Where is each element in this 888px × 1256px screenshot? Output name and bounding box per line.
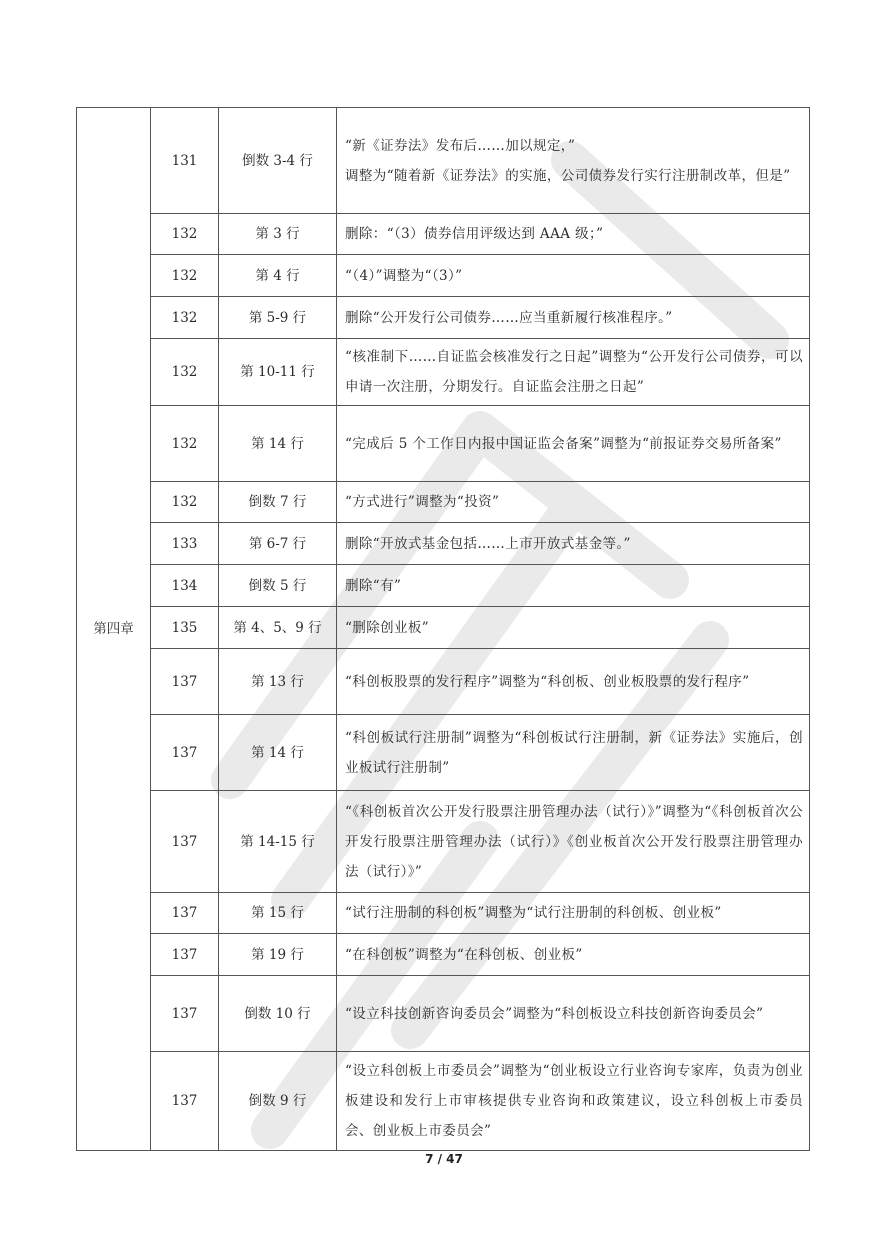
line-cell: 第 5-9 行	[219, 297, 337, 339]
description-cell: “科创板股票的发行程序”调整为“科创板、创业板股票的发行程序”	[337, 649, 810, 715]
description-cell: “方式进行”调整为“投资”	[337, 482, 810, 523]
table-row: 132第 5-9 行删除“公开发行公司债券……应当重新履行核准程序。”	[77, 297, 810, 339]
line-cell: 第 19 行	[219, 934, 337, 976]
page-cell: 132	[151, 255, 219, 297]
page-cell: 137	[151, 649, 219, 715]
description-cell: 删除“开放式基金包括……上市开放式基金等。”	[337, 523, 810, 565]
table-row: 133第 6-7 行删除“开放式基金包括……上市开放式基金等。”	[77, 523, 810, 565]
line-cell: 倒数 3-4 行	[219, 108, 337, 214]
page-cell: 137	[151, 715, 219, 791]
table-row: 132第 4 行“（4）”调整为“（3）”	[77, 255, 810, 297]
line-cell: 第 13 行	[219, 649, 337, 715]
description-cell: “删除创业板”	[337, 607, 810, 649]
description-cell: 删除“公开发行公司债券……应当重新履行核准程序。”	[337, 297, 810, 339]
line-cell: 第 14-15 行	[219, 791, 337, 893]
description-cell: 删除：“（3）债券信用评级达到 AAA 级；”	[337, 214, 810, 255]
page-cell: 132	[151, 214, 219, 255]
description-cell: “核准制下……自证监会核准发行之日起”调整为“公开发行公司债券，可以申请一次注册…	[337, 339, 810, 406]
description-cell: “设立科技创新咨询委员会”调整为“科创板设立科技创新咨询委员会”	[337, 976, 810, 1052]
line-cell: 倒数 7 行	[219, 482, 337, 523]
line-cell: 第 14 行	[219, 715, 337, 791]
table-row: 134倒数 5 行删除“有”	[77, 565, 810, 607]
table-row: 137倒数 10 行“设立科技创新咨询委员会”调整为“科创板设立科技创新咨询委员…	[77, 976, 810, 1052]
line-cell: 第 6-7 行	[219, 523, 337, 565]
line-cell: 第 4、5、9 行	[219, 607, 337, 649]
description-cell: “完成后 5 个工作日内报中国证监会备案”调整为“前报证券交易所备案”	[337, 406, 810, 482]
line-cell: 第 10-11 行	[219, 339, 337, 406]
table-row: 137第 15 行“试行注册制的科创板”调整为“试行注册制的科创板、创业板”	[77, 893, 810, 934]
page-cell: 133	[151, 523, 219, 565]
description-cell: 删除“有”	[337, 565, 810, 607]
description-cell: “在科创板”调整为“在科创板、创业板”	[337, 934, 810, 976]
table-row: 137第 13 行“科创板股票的发行程序”调整为“科创板、创业板股票的发行程序”	[77, 649, 810, 715]
line-cell: 倒数 10 行	[219, 976, 337, 1052]
page-cell: 137	[151, 976, 219, 1052]
table-row: 137第 14-15 行“《科创板首次公开发行股票注册管理办法（试行）》”调整为…	[77, 791, 810, 893]
description-cell: “《科创板首次公开发行股票注册管理办法（试行）》”调整为“《科创板首次公开发行股…	[337, 791, 810, 893]
description-cell: “设立科创板上市委员会”调整为“创业板设立行业咨询专家库，负责为创业板建设和发行…	[337, 1052, 810, 1151]
page-cell: 134	[151, 565, 219, 607]
page-cell: 137	[151, 1052, 219, 1151]
line-cell: 第 3 行	[219, 214, 337, 255]
page-cell: 131	[151, 108, 219, 214]
revision-table: 第四章131倒数 3-4 行“新《证券法》发布后……加以规定，” 调整为“随着新…	[76, 107, 810, 1151]
chapter-cell: 第四章	[77, 108, 151, 1151]
table-row: 132第 14 行“完成后 5 个工作日内报中国证监会备案”调整为“前报证券交易…	[77, 406, 810, 482]
page-cell: 132	[151, 482, 219, 523]
page-cell: 137	[151, 893, 219, 934]
line-cell: 第 15 行	[219, 893, 337, 934]
table-row: 132第 3 行删除：“（3）债券信用评级达到 AAA 级；”	[77, 214, 810, 255]
description-cell: “试行注册制的科创板”调整为“试行注册制的科创板、创业板”	[337, 893, 810, 934]
table-row: 135第 4、5、9 行“删除创业板”	[77, 607, 810, 649]
description-cell: “科创板试行注册制”调整为“科创板试行注册制，新《证券法》实施后，创业板试行注册…	[337, 715, 810, 791]
page-cell: 135	[151, 607, 219, 649]
page-cell: 132	[151, 339, 219, 406]
table-row: 137倒数 9 行“设立科创板上市委员会”调整为“创业板设立行业咨询专家库，负责…	[77, 1052, 810, 1151]
table-row: 137第 19 行“在科创板”调整为“在科创板、创业板”	[77, 934, 810, 976]
line-cell: 倒数 5 行	[219, 565, 337, 607]
page-cell: 137	[151, 791, 219, 893]
table-row: 137第 14 行“科创板试行注册制”调整为“科创板试行注册制，新《证券法》实施…	[77, 715, 810, 791]
page-cell: 132	[151, 297, 219, 339]
page-cell: 132	[151, 406, 219, 482]
table-row: 132倒数 7 行“方式进行”调整为“投资”	[77, 482, 810, 523]
page-cell: 137	[151, 934, 219, 976]
description-cell: “（4）”调整为“（3）”	[337, 255, 810, 297]
line-cell: 第 4 行	[219, 255, 337, 297]
table-row: 132第 10-11 行“核准制下……自证监会核准发行之日起”调整为“公开发行公…	[77, 339, 810, 406]
table-row: 第四章131倒数 3-4 行“新《证券法》发布后……加以规定，” 调整为“随着新…	[77, 108, 810, 214]
line-cell: 第 14 行	[219, 406, 337, 482]
page-number: 7 / 47	[0, 1152, 888, 1166]
line-cell: 倒数 9 行	[219, 1052, 337, 1151]
description-cell: “新《证券法》发布后……加以规定，” 调整为“随着新《证券法》的实施，公司债券发…	[337, 108, 810, 214]
